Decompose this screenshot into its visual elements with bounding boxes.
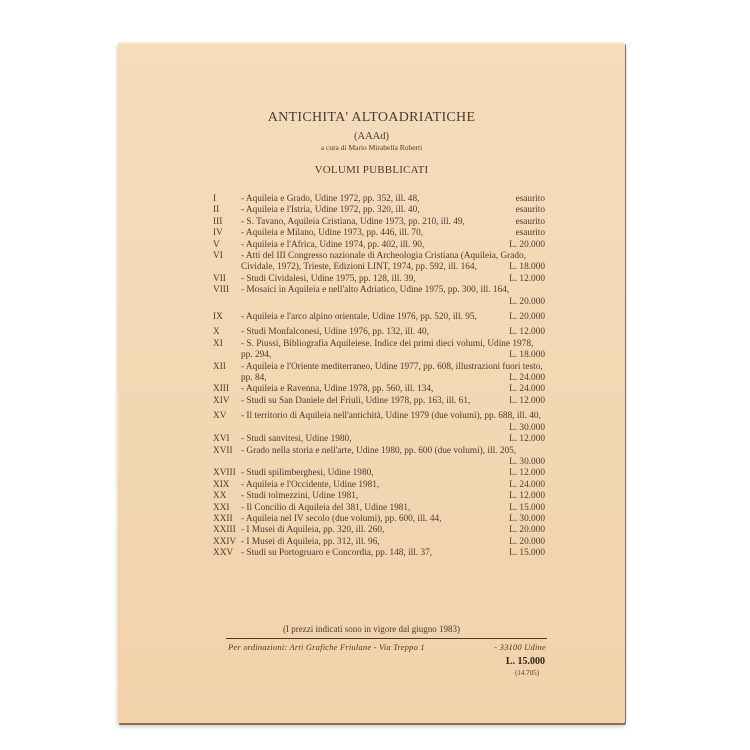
volume-details: - S. Piussi, Bibliografia Aquileiese. In…	[241, 339, 545, 362]
volume-entry: XI- S. Piussi, Bibliografia Aquileiese. …	[213, 339, 545, 362]
volume-number: I	[213, 194, 241, 205]
volume-price: L. 30.000	[509, 514, 545, 525]
volume-entry: XIV- Studi su San Daniele del Friuli, Ud…	[213, 396, 545, 407]
volume-number: IX	[213, 312, 241, 323]
volume-number: XIV	[213, 396, 241, 407]
volume-details: - Studi Monfalconesi, Udine 1976, pp. 13…	[241, 327, 545, 338]
volume-number: X	[213, 327, 241, 338]
volume-details: - Aquileia e l'Occidente, Udine 1981,L. …	[241, 480, 545, 491]
volume-entry: XXV- Studi su Portogruaro e Concordia, p…	[213, 548, 545, 559]
volume-details: - S. Tavano, Aquileia Cristiana, Udine 1…	[241, 217, 545, 228]
volume-description: - Il Concilio di Aquileia del 381, Udine…	[241, 503, 545, 514]
volume-entry: XV- Il territorio di Aquileia nell'antic…	[213, 411, 545, 434]
volume-description: - Aquileia e l'Oriente mediterraneo, Udi…	[241, 362, 545, 385]
volume-number: XI	[213, 339, 241, 362]
volume-number: XV	[213, 411, 241, 434]
volume-details: - Aquileia nel IV secolo (due volumi), p…	[241, 514, 545, 525]
volume-details: - Aquileia e l'Istria, Udine 1972, pp. 3…	[241, 205, 545, 216]
volume-details: - Studi tolmezzini, Udine 1981,L. 12.000	[241, 491, 545, 502]
volume-number: II	[213, 205, 241, 216]
volume-details: - Atti del III Congresso nazionale di Ar…	[241, 251, 545, 274]
volume-number: XXIII	[213, 525, 241, 536]
volume-description: - Studi tolmezzini, Udine 1981,	[241, 491, 545, 502]
volume-number: XXII	[213, 514, 241, 525]
volume-price: L. 12.000	[509, 434, 545, 445]
cover-page: ANTICHITA' ALTOADRIATICHE (AAAd) a cura …	[118, 42, 625, 723]
volume-number: VI	[213, 251, 241, 274]
volume-details: - Studi sanvitesi, Udine 1980,L. 12.000	[241, 434, 545, 445]
volume-description: - Il territorio di Aquileia nell'antichi…	[241, 411, 545, 422]
volume-entry: X- Studi Monfalconesi, Udine 1976, pp. 1…	[213, 327, 545, 338]
volume-details: - Aquileia e l'Oriente mediterraneo, Udi…	[241, 362, 545, 385]
orders-line: Per ordinazioni: Arti Grafiche Friulane …	[228, 642, 546, 652]
volume-description: - Aquileia e Grado, Udine 1972, pp. 352,…	[241, 194, 545, 205]
volume-entry: XVIII- Studi spilimberghesi, Udine 1980,…	[213, 468, 545, 479]
volume-details: - Aquileia e Ravenna, Udine 1978, pp. 56…	[241, 384, 545, 395]
volume-list: I- Aquileia e Grado, Udine 1972, pp. 352…	[213, 194, 545, 560]
volume-details: - Mosaici in Aquileia e nell'alto Adriat…	[241, 285, 545, 308]
volume-entry: XXIII- I Musei di Aquileia, pp. 320, ill…	[213, 525, 545, 536]
volume-details: - Studi spilimberghesi, Udine 1980,L. 12…	[241, 468, 545, 479]
volume-description: - Studi Cividalesi, Udine 1975, pp. 128,…	[241, 274, 545, 285]
volume-description: - Studi su San Daniele del Friuli, Udine…	[241, 396, 545, 407]
volume-description: - I Musei di Aquileia, pp. 312, ill. 96,	[241, 537, 545, 548]
volume-number: XXV	[213, 548, 241, 559]
volume-entry: VII- Studi Cividalesi, Udine 1975, pp. 1…	[213, 274, 545, 285]
volume-number: XVIII	[213, 468, 241, 479]
volume-description: - Aquileia e l'Africa, Udine 1974, pp. 4…	[241, 240, 545, 251]
orders-label: Per ordinazioni: Arti Grafiche Friulane …	[228, 642, 425, 652]
volume-price: L. 20.000	[509, 240, 545, 251]
series-abbreviation: (AAAd)	[118, 131, 625, 142]
volume-entry: XIX- Aquileia e l'Occidente, Udine 1981,…	[213, 480, 545, 491]
volume-price: L. 30.000	[509, 423, 545, 434]
price-code: (14.705)	[515, 669, 539, 677]
volume-price: L. 24.000	[509, 384, 545, 395]
volume-number: XXIV	[213, 537, 241, 548]
volume-description: - Studi Monfalconesi, Udine 1976, pp. 13…	[241, 327, 545, 338]
volume-details: - Studi su Portogruaro e Concordia, pp. …	[241, 548, 545, 559]
volume-number: XVI	[213, 434, 241, 445]
volume-price: L. 20.000	[509, 525, 545, 536]
volume-entry: II- Aquileia e l'Istria, Udine 1972, pp.…	[213, 205, 545, 216]
volume-entry: VIII- Mosaici in Aquileia e nell'alto Ad…	[213, 285, 545, 308]
volume-number: XIX	[213, 480, 241, 491]
volume-number: VII	[213, 274, 241, 285]
volume-entry: I- Aquileia e Grado, Udine 1972, pp. 352…	[213, 194, 545, 205]
volume-details: - Aquileia e Grado, Udine 1972, pp. 352,…	[241, 194, 545, 205]
volume-price: L. 20.000	[509, 297, 545, 308]
volume-description: - Aquileia e l'Istria, Udine 1972, pp. 3…	[241, 205, 545, 216]
volume-details: - Studi su San Daniele del Friuli, Udine…	[241, 396, 545, 407]
volume-price: esaurito	[516, 205, 545, 216]
volume-price: L. 30.000	[509, 457, 545, 468]
volume-price: esaurito	[516, 194, 545, 205]
volume-price: L. 18.000	[509, 350, 545, 361]
volume-description: - S. Piussi, Bibliografia Aquileiese. In…	[241, 339, 545, 362]
volume-number: XII	[213, 362, 241, 385]
volume-entry: XIII- Aquileia e Ravenna, Udine 1978, pp…	[213, 384, 545, 395]
volume-price: L. 12.000	[509, 396, 545, 407]
volume-details: - I Musei di Aquileia, pp. 312, ill. 96,…	[241, 537, 545, 548]
volume-number: III	[213, 217, 241, 228]
volume-details: - Il territorio di Aquileia nell'antichi…	[241, 411, 545, 434]
volume-entry: XXIV- I Musei di Aquileia, pp. 312, ill.…	[213, 537, 545, 548]
volume-details: - Studi Cividalesi, Udine 1975, pp. 128,…	[241, 274, 545, 285]
volume-price: L. 12.000	[509, 274, 545, 285]
volume-number: VIII	[213, 285, 241, 308]
volume-entry: XXI- Il Concilio di Aquileia del 381, Ud…	[213, 503, 545, 514]
volume-entry: XXII- Aquileia nel IV secolo (due volumi…	[213, 514, 545, 525]
volume-number: IV	[213, 228, 241, 239]
volume-number: XXI	[213, 503, 241, 514]
volume-number: XX	[213, 491, 241, 502]
volume-details: - Grado nella storia e nell'arte, Udine …	[241, 446, 545, 469]
divider-rule	[226, 638, 547, 639]
volume-entry: V- Aquileia e l'Africa, Udine 1974, pp. …	[213, 240, 545, 251]
volume-price: L. 15.000	[509, 548, 545, 559]
volume-entry: VI- Atti del III Congresso nazionale di …	[213, 251, 545, 274]
volume-details: - I Musei di Aquileia, pp. 320, ill. 260…	[241, 525, 545, 536]
volume-description: - Mosaici in Aquileia e nell'alto Adriat…	[241, 285, 545, 296]
volume-entry: III- S. Tavano, Aquileia Cristiana, Udin…	[213, 217, 545, 228]
volume-entry: XII- Aquileia e l'Oriente mediterraneo, …	[213, 362, 545, 385]
volume-price: esaurito	[516, 217, 545, 228]
volume-description: - Aquileia nel IV secolo (due volumi), p…	[241, 514, 545, 525]
section-heading: VOLUMI PUBBLICATI	[118, 164, 625, 176]
price-footnote: (I prezzi indicati sono in vigore dal gi…	[118, 624, 625, 634]
orders-address: - 33100 Udine	[494, 642, 546, 652]
volume-price: L. 15.000	[509, 503, 545, 514]
volume-description: - Studi spilimberghesi, Udine 1980,	[241, 468, 545, 479]
volume-price: L. 12.000	[509, 327, 545, 338]
volume-entry: IV- Aquileia e Milano, Udine 1973, pp. 4…	[213, 228, 545, 239]
volume-price: L. 12.000	[509, 491, 545, 502]
volume-number: XVII	[213, 446, 241, 469]
volume-description: - Aquileia e Ravenna, Udine 1978, pp. 56…	[241, 384, 545, 395]
volume-price: L. 12.000	[509, 468, 545, 479]
volume-details: - Aquileia e l'arco alpino orientale, Ud…	[241, 312, 545, 323]
volume-details: - Aquileia e Milano, Udine 1973, pp. 446…	[241, 228, 545, 239]
volume-description: - S. Tavano, Aquileia Cristiana, Udine 1…	[241, 217, 545, 228]
book-back-cover: ANTICHITA' ALTOADRIATICHE (AAAd) a cura …	[118, 42, 625, 723]
volume-price: L. 20.000	[509, 537, 545, 548]
volume-number: XIII	[213, 384, 241, 395]
volume-number: V	[213, 240, 241, 251]
volume-description: - Studi su Portogruaro e Concordia, pp. …	[241, 548, 545, 559]
series-editor: a cura di Mario Mirabella Roberti	[118, 143, 625, 152]
volume-description: - Aquileia e l'arco alpino orientale, Ud…	[241, 312, 545, 323]
volume-description: - Atti del III Congresso nazionale di Ar…	[241, 251, 545, 274]
volume-price: L. 24.000	[509, 373, 545, 384]
volume-description: - Aquileia e Milano, Udine 1973, pp. 446…	[241, 228, 545, 239]
volume-description: - Aquileia e l'Occidente, Udine 1981,	[241, 480, 545, 491]
volume-description: - Grado nella storia e nell'arte, Udine …	[241, 446, 545, 457]
volume-description: - I Musei di Aquileia, pp. 320, ill. 260…	[241, 525, 545, 536]
volume-price: L. 20.000	[509, 312, 545, 323]
volume-description: - Studi sanvitesi, Udine 1980,	[241, 434, 545, 445]
volume-entry: IX- Aquileia e l'arco alpino orientale, …	[213, 312, 545, 323]
volume-price: L. 24.000	[509, 480, 545, 491]
volume-price: L. 18.000	[509, 262, 545, 273]
volume-details: - Il Concilio di Aquileia del 381, Udine…	[241, 503, 545, 514]
volume-entry: XX- Studi tolmezzini, Udine 1981,L. 12.0…	[213, 491, 545, 502]
volume-details: - Aquileia e l'Africa, Udine 1974, pp. 4…	[241, 240, 545, 251]
volume-price: esaurito	[516, 228, 545, 239]
volume-entry: XVI- Studi sanvitesi, Udine 1980,L. 12.0…	[213, 434, 545, 445]
volume-entry: XVII- Grado nella storia e nell'arte, Ud…	[213, 446, 545, 469]
book-price: L. 15.000	[506, 656, 545, 667]
series-title: ANTICHITA' ALTOADRIATICHE	[118, 110, 625, 126]
